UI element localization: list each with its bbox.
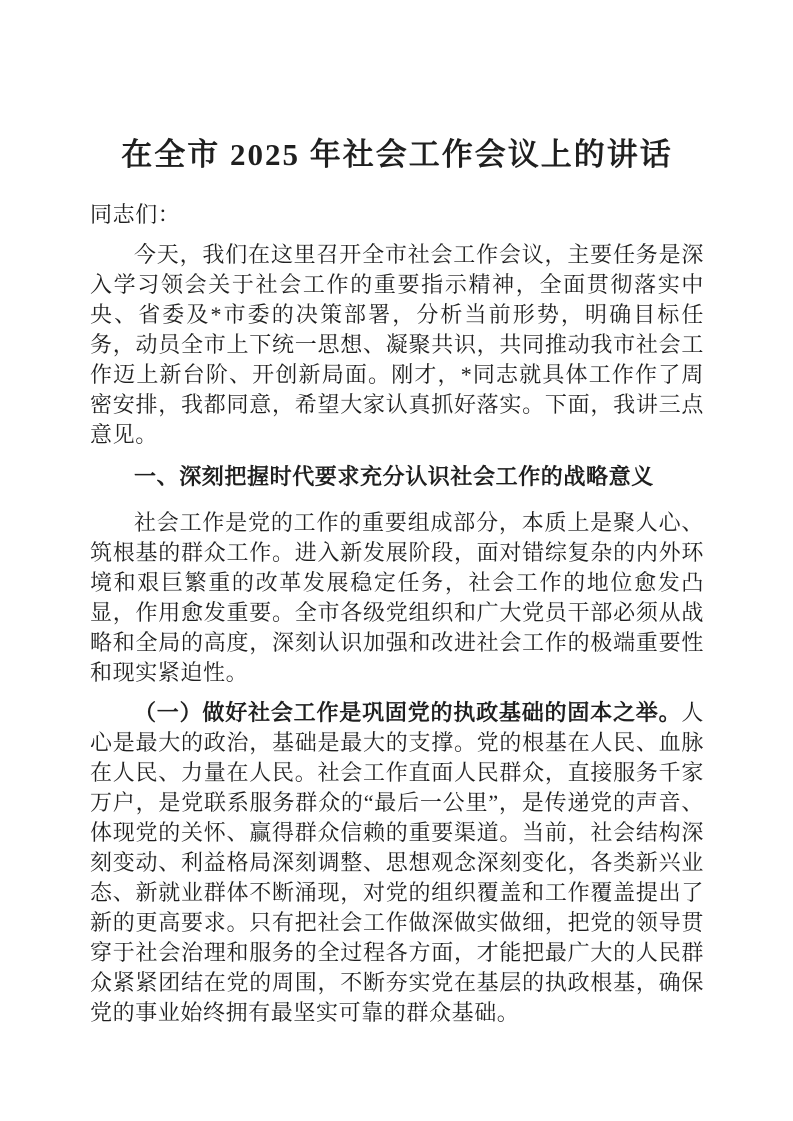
subsection-1-lead: （一）做好社会工作是巩固党的执政基础的固本之举。	[134, 700, 681, 725]
salutation: 同志们：	[90, 200, 704, 230]
document-title: 在全市 2025 年社会工作会议上的讲话	[90, 0, 704, 176]
intro-paragraph: 今天，我们在这里召开全市社会工作会议，主要任务是深入学习领会关于社会工作的重要指…	[90, 240, 704, 450]
document-content: 在全市 2025 年社会工作会议上的讲话 同志们： 今天，我们在这里召开全市社会…	[90, 0, 704, 1028]
section-1-paragraph: 社会工作是党的工作的重要组成部分，本质上是聚人心、筑根基的群众工作。进入新发展阶…	[90, 508, 704, 688]
subsection-1-paragraph: （一）做好社会工作是巩固党的执政基础的固本之举。人心是最大的政治，基础是最大的支…	[90, 698, 704, 1028]
section-1-heading: 一、深刻把握时代要求充分认识社会工作的战略意义	[90, 462, 704, 492]
subsection-1-body: 人心是最大的政治，基础是最大的支撑。党的根基在人民、血脉在人民、力量在人民。社会…	[90, 700, 704, 1025]
document-page: 在全市 2025 年社会工作会议上的讲话 同志们： 今天，我们在这里召开全市社会…	[0, 0, 793, 1121]
